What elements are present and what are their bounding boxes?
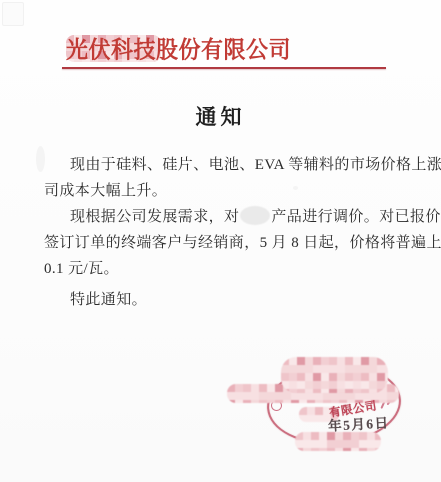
notice-title: 通知 (0, 101, 441, 131)
body-line-6: 特此通知。 (44, 287, 400, 313)
body-line-3: 现根据公司发展需求，对产品进行调价。对已报价尚未正式 (44, 204, 400, 230)
body-line-1: 现由于硅料、硅片、电池、EVA 等辅料的市场价格上涨，造成公 (44, 152, 400, 178)
body-line-4: 签订订单的终端客户与经销商，5 月 8 日起，价格将普遍上调 0.05- (44, 230, 400, 256)
line-text: 特此通知。 (70, 292, 147, 308)
redaction-mosaic-top (281, 357, 388, 393)
line-text: 0.1 元/瓦。 (44, 261, 119, 277)
redaction-mosaic-bottom (295, 432, 381, 451)
document-page: 光伏科技股份有限公司 通知 现由于硅料、硅片、电池、EVA 等辅料的市场价格上涨… (0, 0, 441, 482)
line-text: 产品进行调价。对已报价尚未正式 (271, 209, 441, 225)
body-line-2: 司成本大幅上升。 (44, 178, 400, 204)
scan-artifact (2, 2, 24, 26)
header-rule (62, 67, 386, 69)
seal-date: 年5月6日 (328, 411, 390, 434)
line-text: 签订订单的终端客户与经销商，5 月 8 日起，价格将普遍上调 0.05- (44, 235, 441, 251)
line-text: 现由于硅料、硅片、电池、EVA 等辅料的市场价格上涨，造成公 (70, 157, 441, 173)
line-text: 司成本大幅上升。 (44, 183, 167, 199)
company-seal: 有限公司 年5月6日 (215, 350, 425, 465)
company-header-row: 光伏科技股份有限公司 (66, 33, 386, 63)
notice-body: 现由于硅料、硅片、电池、EVA 等辅料的市场价格上涨，造成公 司成本大幅上升。 … (44, 152, 400, 313)
company-name: 光伏科技股份有限公司 (66, 32, 291, 65)
line-text: 现根据公司发展需求，对 (70, 209, 239, 225)
redacted-product-name-blur (240, 206, 270, 225)
body-line-5: 0.1 元/瓦。 (44, 256, 400, 282)
